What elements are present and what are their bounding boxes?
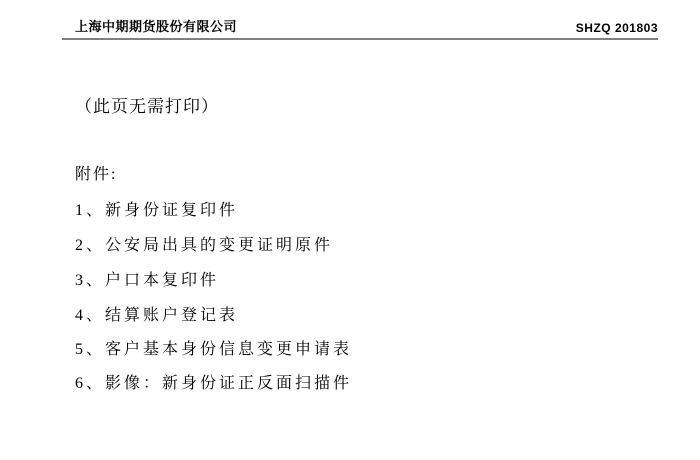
header-divider [62,38,658,40]
company-name: 上海中期期货股份有限公司 [62,16,237,35]
attachment-item: 3、户口本复印件 [75,267,219,290]
attachment-item: 5、客户基本身份信息变更申请表 [75,336,352,359]
attachments-title: 附件: [75,161,117,184]
document-page: 上海中期期货股份有限公司 SHZQ 201803 （此页无需打印） 附件: 1、… [0,0,700,460]
document-code: SHZQ 201803 [576,21,658,35]
attachment-item: 2、公安局出具的变更证明原件 [75,232,333,255]
attachment-item: 6、影像：新身份证正反面扫描件 [75,370,352,393]
page-header: 上海中期期货股份有限公司 SHZQ 201803 [62,16,658,40]
print-note: （此页无需打印） [75,92,219,117]
attachment-item: 1、新身份证复印件 [75,197,238,220]
attachment-item: 4、结算账户登记表 [75,302,238,325]
